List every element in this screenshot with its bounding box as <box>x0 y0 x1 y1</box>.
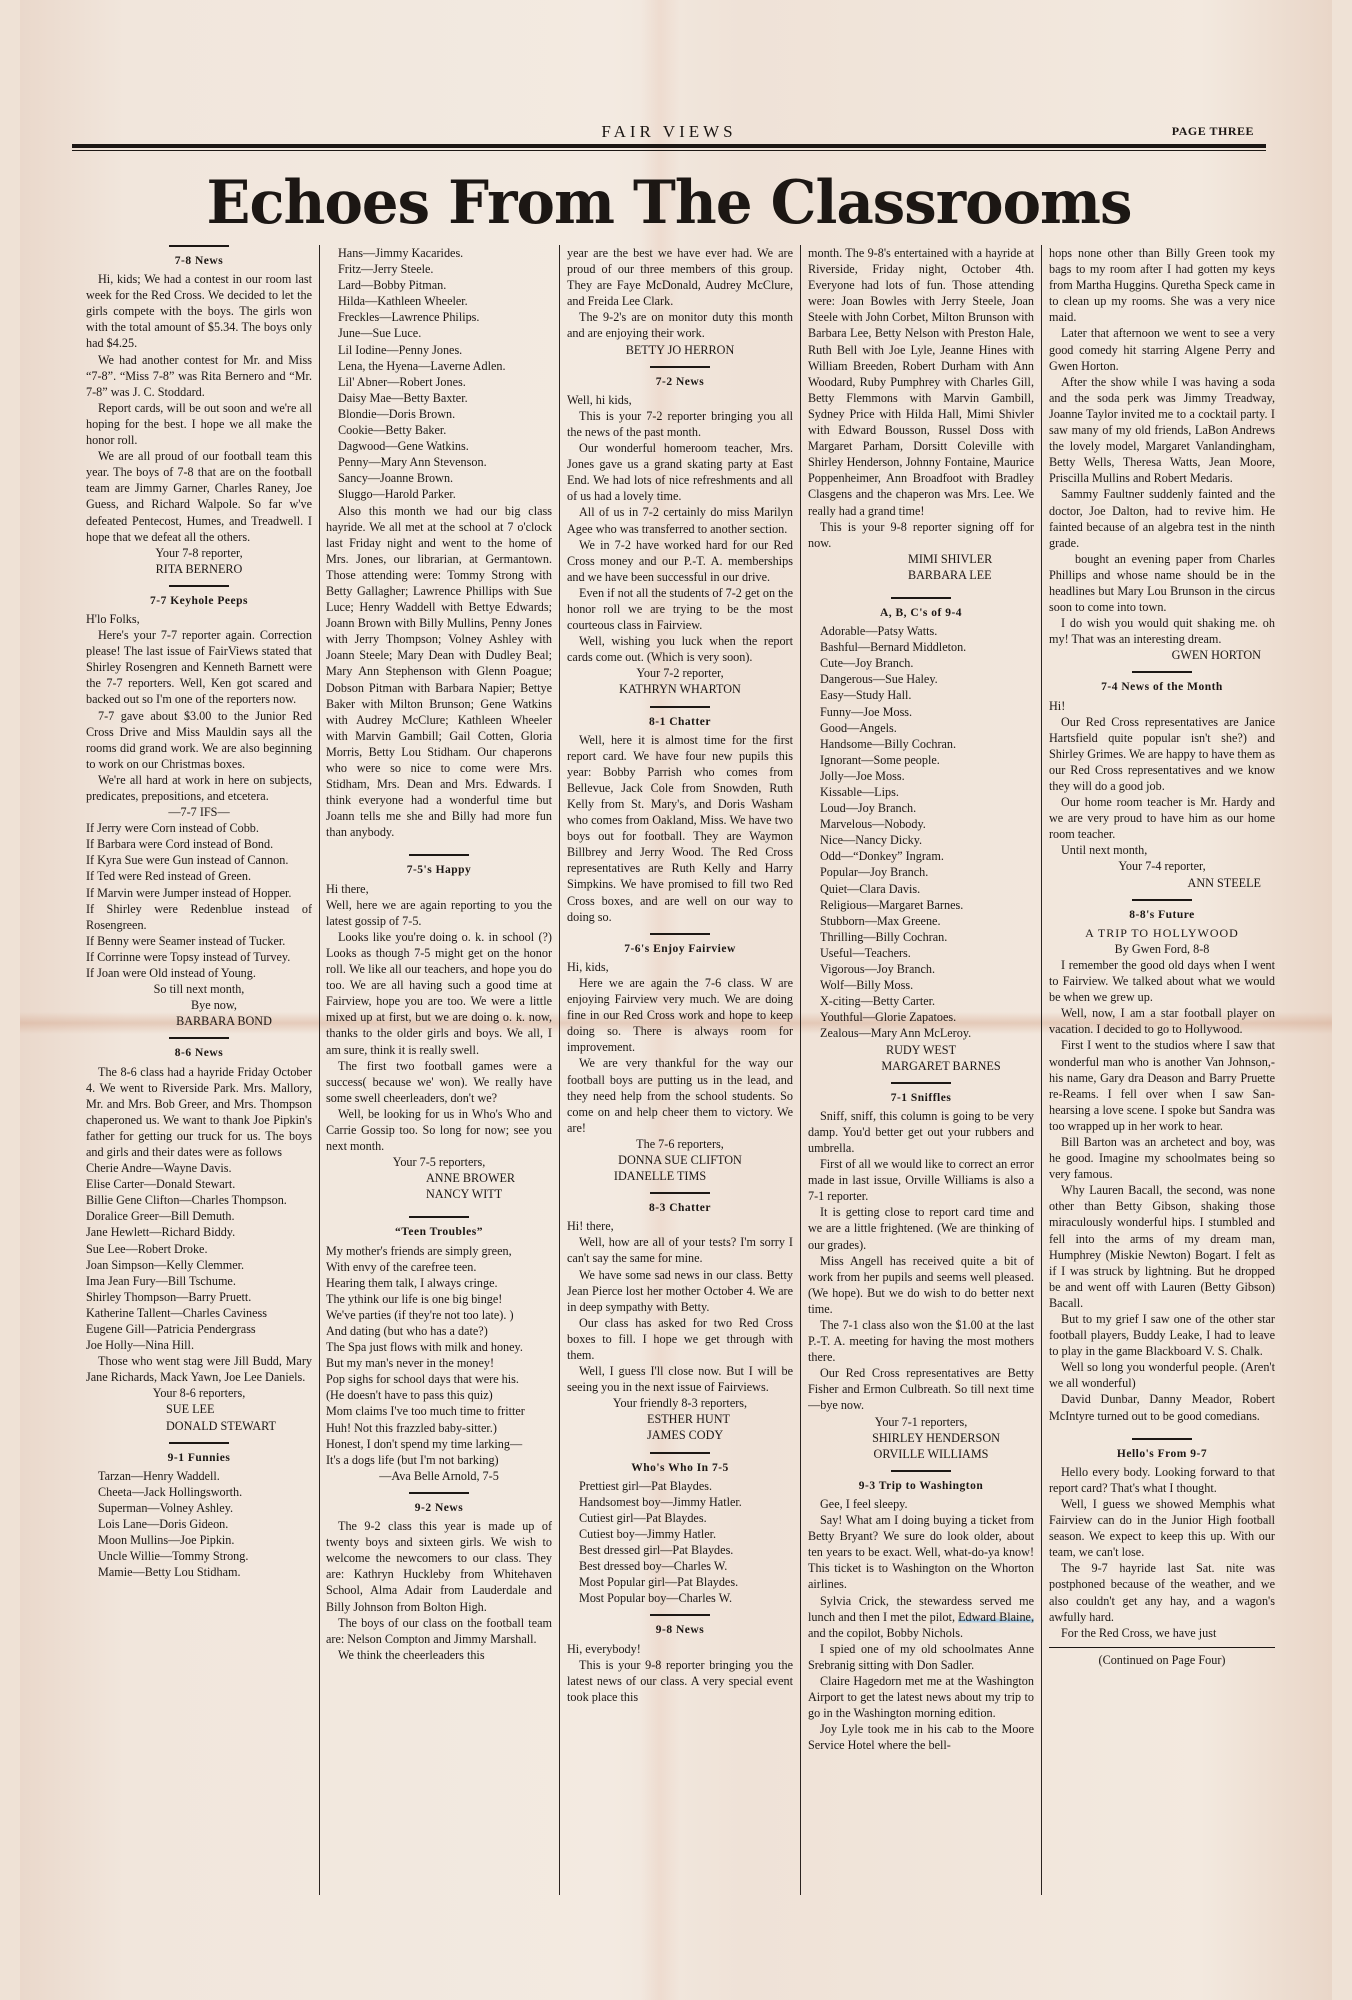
list-item: Wolf—Billy Moss. <box>808 977 1034 993</box>
paragraph: Sammy Faultner suddenly fainted and the … <box>1049 486 1275 550</box>
reporter-name: BARBARA BOND <box>86 1013 312 1029</box>
reporter-name: ANN STEELE <box>1049 875 1275 891</box>
paragraph: The 9-2 class this year is made up of tw… <box>326 1518 552 1615</box>
section-separator <box>650 706 710 708</box>
section-separator <box>1132 1438 1192 1440</box>
list-item: Elise Carter—Donald Stewart. <box>86 1176 312 1192</box>
list-item: Dangerous—Sue Haley. <box>808 671 1034 687</box>
section-title-7-6s-enjoy-fairview: 7-6's Enjoy Fairview <box>567 941 793 957</box>
reporter-name: JAMES CODY <box>567 1427 793 1443</box>
text-run: and the copilot, Bobby Nichols. <box>808 1626 963 1640</box>
list-item: Lard—Bobby Pitman. <box>326 277 552 293</box>
paragraph: Our Red Cross representatives are Betty … <box>808 1365 1034 1413</box>
paragraph: Even if not all the students of 7-2 get … <box>567 585 793 633</box>
signoff: Your friendly 8-3 reporters, <box>567 1395 793 1411</box>
list-item: Bashful—Bernard Middleton. <box>808 639 1034 655</box>
byline: By Gwen Ford, 8-8 <box>1049 941 1275 957</box>
reporter-name: SUE LEE <box>86 1401 312 1417</box>
list-item: The ythink our life is one big binge! <box>326 1291 552 1307</box>
list-item: Sancy—Joanne Brown. <box>326 470 552 486</box>
paragraph: Our class has asked for two Red Cross bo… <box>567 1315 793 1363</box>
masthead-rule <box>72 144 1266 148</box>
list-item: Huh! Not this frazzled baby-sitter.) <box>326 1420 552 1436</box>
newspaper-name: FAIR VIEWS <box>72 122 1266 142</box>
list-item: If Jerry were Corn instead of Cobb. <box>86 820 312 836</box>
list-item: Loud—Joy Branch. <box>808 800 1034 816</box>
paragraph: The boys of our class on the football te… <box>326 1615 552 1647</box>
subsection-title-ifs: —7-7 IFS— <box>86 804 312 820</box>
section-title-7-8-news: 7-8 News <box>86 253 312 269</box>
paragraph: Well so long you wonderful people. (Aren… <box>1049 1359 1275 1391</box>
list-item: Zealous—Mary Ann McLeroy. <box>808 1025 1034 1041</box>
paragraph: Well, here it is almost time for the fir… <box>567 732 793 925</box>
section-title-abcs-of-9-4: A, B, C's of 9-4 <box>808 605 1034 621</box>
list-item: If Benny were Seamer instead of Tucker. <box>86 933 312 949</box>
dates-list: Cherie Andre—Wayne Davis.Elise Carter—Do… <box>86 1160 312 1353</box>
continued-on-page-four: (Continued on Page Four) <box>1049 1647 1275 1668</box>
greeting: Hi! there, <box>567 1218 793 1234</box>
signoff: Your 7-8 reporter, <box>86 545 312 561</box>
paragraph: First I went to the studios where I saw … <box>1049 1037 1275 1134</box>
section-title-7-4-news-of-the-month: 7-4 News of the Month <box>1049 679 1275 695</box>
reporter-name: RUDY WEST <box>808 1042 1034 1058</box>
list-item: Eugene Gill—Patricia Pendergrass <box>86 1321 312 1337</box>
greeting: Well, hi kids, <box>567 392 793 408</box>
list-item: Ignorant—Some people. <box>808 752 1034 768</box>
list-item: Hans—Jimmy Kacarides. <box>326 245 552 261</box>
paragraph: We're all hard at work in here on subjec… <box>86 772 312 804</box>
list-item: With envy of the carefree teen. <box>326 1259 552 1275</box>
section-separator <box>169 245 229 247</box>
paragraph: Our wonderful homeroom teacher, Mrs. Jon… <box>567 440 793 504</box>
list-item: If Joan were Old instead of Young. <box>86 965 312 981</box>
paragraph: Miss Angell has received quite a bit of … <box>808 1253 1034 1317</box>
paragraph: Joy Lyle took me in his cab to the Moore… <box>808 1721 1034 1753</box>
paragraph: We are very thankful for the way our foo… <box>567 1055 793 1135</box>
section-separator <box>891 597 951 599</box>
section-title-hellos-from-9-7: Hello's From 9-7 <box>1049 1446 1275 1462</box>
list-item: Cutiest boy—Jimmy Hatler. <box>567 1526 793 1542</box>
paragraph: Our home room teacher is Mr. Hardy and w… <box>1049 794 1275 842</box>
list-item: X-citing—Betty Carter. <box>808 993 1034 1009</box>
list-item: Handsomest boy—Jimmy Hatler. <box>567 1494 793 1510</box>
section-separator <box>169 585 229 587</box>
reporter-name: IDANELLE TIMS <box>567 1168 793 1184</box>
paragraph: Those who went stag were Jill Budd, Mary… <box>86 1353 312 1385</box>
paragraph: Sniff, sniff, this column is going to be… <box>808 1108 1034 1156</box>
list-item: Easy—Study Hall. <box>808 687 1034 703</box>
reporter-name: KATHRYN WHARTON <box>567 681 793 697</box>
greeting: Hi, kids, <box>567 959 793 975</box>
column-divider <box>800 245 801 1895</box>
column-divider <box>319 245 320 1895</box>
reporter-name: NANCY WITT <box>326 1186 552 1202</box>
reporter-name: MARGARET BARNES <box>808 1058 1034 1074</box>
paragraph: The 9-2's are on monitor duty this month… <box>567 309 793 341</box>
section-separator <box>1132 671 1192 673</box>
list-item: Lois Lane—Doris Gideon. <box>86 1516 312 1532</box>
poem-author: —Ava Belle Arnold, 7-5 <box>326 1468 552 1484</box>
reporter-name: RITA BERNERO <box>86 561 312 577</box>
paragraph: The first two football games were a succ… <box>326 1058 552 1106</box>
list-item: If Marvin were Jumper instead of Hopper. <box>86 885 312 901</box>
signoff: Your 8-6 reporters, <box>86 1385 312 1401</box>
list-item: Cutiest girl—Pat Blaydes. <box>567 1510 793 1526</box>
paragraph: We have some sad news in our class. Bett… <box>567 1267 793 1315</box>
greeting: Hi, everybody! <box>567 1641 793 1657</box>
list-item: Lena, the Hyena—Laverne Adlen. <box>326 358 552 374</box>
reporter-name: GWEN HORTON <box>1049 647 1275 663</box>
poem-lines: My mother's friends are simply green,Wit… <box>326 1243 552 1468</box>
list-item: Honest, I don't spend my time larking— <box>326 1436 552 1452</box>
funnies-list: Tarzan—Henry Waddell.Cheeta—Jack Holling… <box>86 1468 312 1581</box>
list-item: Pop sighs for school days that were his. <box>326 1371 552 1387</box>
reporter-name: BETTY JO HERRON <box>567 342 793 358</box>
paragraph: hops none other than Billy Green took my… <box>1049 245 1275 325</box>
paragraph: Well, I guess I'll close now. But I will… <box>567 1363 793 1395</box>
list-item: Ima Jean Fury—Bill Tschume. <box>86 1273 312 1289</box>
reporter-name: DONNA SUE CLIFTON <box>567 1152 793 1168</box>
paragraph: Well, how are all of your tests? I'm sor… <box>567 1234 793 1266</box>
paragraph: Well, now, I am a star football player o… <box>1049 1005 1275 1037</box>
paragraph: This is your 9-8 reporter signing off fo… <box>808 519 1034 551</box>
paragraph: Say! What am I doing buying a ticket fro… <box>808 1512 1034 1592</box>
article-subtitle: A TRIP TO HOLLYWOOD <box>1049 925 1275 941</box>
list-item: If Barbara were Cord instead of Bond. <box>86 836 312 852</box>
section-title-9-2-news: 9-2 News <box>326 1500 552 1516</box>
list-item: Quiet—Clara Davis. <box>808 881 1034 897</box>
greeting: Hi! <box>1049 698 1275 714</box>
list-item: Penny—Mary Ann Stevenson. <box>326 454 552 470</box>
list-item: Cute—Joy Branch. <box>808 655 1034 671</box>
paragraph: The 8-6 class had a hayride Friday Octob… <box>86 1064 312 1161</box>
list-item: Hearing them talk, I always cringe. <box>326 1275 552 1291</box>
section-separator <box>409 854 469 856</box>
list-item: Joe Holly—Nina Hill. <box>86 1337 312 1353</box>
paragraph: month. The 9-8's entertained with a hayr… <box>808 245 1034 519</box>
section-title-7-2-news: 7-2 News <box>567 374 793 390</box>
section-title-8-6-news: 8-6 News <box>86 1045 312 1061</box>
section-title-8-3-chatter: 8-3 Chatter <box>567 1200 793 1216</box>
list-item: Most Popular boy—Charles W. <box>567 1590 793 1606</box>
reporter-name: ORVILLE WILLIAMS <box>808 1446 1034 1462</box>
paragraph: Claire Hagedorn met me at the Washington… <box>808 1673 1034 1721</box>
paragraph: bought an evening paper from Charles Phi… <box>1049 551 1275 615</box>
paragraph: This is your 9-8 reporter bringing you t… <box>567 1657 793 1705</box>
paragraph: For the Red Cross, we have just <box>1049 1625 1275 1641</box>
paragraph: Well, here we are again reporting to you… <box>326 897 552 929</box>
column-5: hops none other than Billy Green took my… <box>1049 245 1275 1900</box>
abc-list: Adorable—Patsy Watts.Bashful—Bernard Mid… <box>808 623 1034 1041</box>
list-item: Shirley Thompson—Barry Pruett. <box>86 1289 312 1305</box>
list-item: Tarzan—Henry Waddell. <box>86 1468 312 1484</box>
list-item: Katherine Tallent—Charles Caviness <box>86 1305 312 1321</box>
list-item: Cheeta—Jack Hollingsworth. <box>86 1484 312 1500</box>
paragraph: We had another contest for Mr. and Miss … <box>86 352 312 400</box>
paragraph: I do wish you would quit shaking me. oh … <box>1049 615 1275 647</box>
list-item: Adorable—Patsy Watts. <box>808 623 1034 639</box>
signoff: Your 7-4 reporter, <box>1049 858 1275 874</box>
list-item: Moon Mullins—Joe Pipkin. <box>86 1532 312 1548</box>
section-separator <box>650 1452 710 1454</box>
paragraph: I remember the good old days when I went… <box>1049 957 1275 1005</box>
list-item: Religious—Margaret Barnes. <box>808 897 1034 913</box>
paragraph: Here's your 7-7 reporter again. Correcti… <box>86 627 312 707</box>
reporter-name: ESTHER HUNT <box>567 1411 793 1427</box>
paragraph: Hello every body. Looking forward to tha… <box>1049 1464 1275 1496</box>
paragraph: David Dunbar, Danny Meador, Robert McInt… <box>1049 1391 1275 1423</box>
list-item: Popular—Joy Branch. <box>808 864 1034 880</box>
list-item: Youthful—Glorie Zapatoes. <box>808 1009 1034 1025</box>
list-item: Blondie—Doris Brown. <box>326 406 552 422</box>
list-item: Nice—Nancy Dicky. <box>808 832 1034 848</box>
list-item: If Shirley were Redenblue instead of Ros… <box>86 901 312 933</box>
section-title-8-1-chatter: 8-1 Chatter <box>567 714 793 730</box>
paragraph: Later that afternoon we went to see a ve… <box>1049 325 1275 373</box>
highlighted-name: Edward Blaine, <box>958 1610 1034 1624</box>
section-separator <box>650 1614 710 1616</box>
reporter-name: ANNE BROWER <box>326 1170 552 1186</box>
paragraph: Sylvia Crick, the stewardess served me l… <box>808 1593 1034 1641</box>
signoff: Bye now, <box>86 997 312 1013</box>
signoff: So till next month, <box>86 981 312 997</box>
paragraph: Gee, I feel sleepy. <box>808 1496 1034 1512</box>
reporter-name: SHIRLEY HENDERSON <box>808 1430 1034 1446</box>
paragraph: Also this month we had our big class hay… <box>326 503 552 841</box>
paragraph: After the show while I was having a soda… <box>1049 374 1275 487</box>
list-item: Best dressed boy—Charles W. <box>567 1558 793 1574</box>
section-separator <box>650 366 710 368</box>
list-item: Hilda—Kathleen Wheeler. <box>326 293 552 309</box>
column-divider <box>1041 245 1042 1895</box>
list-item: Prettiest girl—Pat Blaydes. <box>567 1478 793 1494</box>
section-title-9-1-funnies: 9-1 Funnies <box>86 1450 312 1466</box>
list-item: Superman—Volney Ashley. <box>86 1500 312 1516</box>
list-item: (He doesn't have to pass this quiz) <box>326 1387 552 1403</box>
section-separator <box>169 1037 229 1039</box>
list-item: Handsome—Billy Cochran. <box>808 736 1034 752</box>
list-item: The Spa just flows with milk and honey. <box>326 1339 552 1355</box>
list-item: Odd—“Donkey” Ingram. <box>808 848 1034 864</box>
reporter-name: DONALD STEWART <box>86 1418 312 1434</box>
paragraph: First of all we would like to correct an… <box>808 1156 1034 1204</box>
section-title-7-1-sniffles: 7-1 Sniffles <box>808 1090 1034 1106</box>
section-title-9-8-news: 9-8 News <box>567 1622 793 1638</box>
section-title-whos-who-7-5: Who's Who In 7-5 <box>567 1460 793 1476</box>
paragraph: Well, wishing you luck when the report c… <box>567 633 793 665</box>
ifs-list: If Jerry were Corn instead of Cobb.If Ba… <box>86 820 312 981</box>
list-item: Jolly—Joe Moss. <box>808 768 1034 784</box>
list-item: My mother's friends are simply green, <box>326 1243 552 1259</box>
list-item: Marvelous—Nobody. <box>808 816 1034 832</box>
list-item: Dagwood—Gene Watkins. <box>326 438 552 454</box>
section-title-8-8s-future: 8-8's Future <box>1049 907 1275 923</box>
paragraph: 7-7 gave about $3.00 to the Junior Red C… <box>86 708 312 772</box>
article-columns: 7-8 News Hi, kids; We had a contest in o… <box>86 245 1246 1905</box>
list-item: Mom claims I've too much time to fritter <box>326 1403 552 1419</box>
list-item: Freckles—Lawrence Philips. <box>326 309 552 325</box>
paragraph: Bill Barton was an archetect and boy, wa… <box>1049 1134 1275 1182</box>
column-1: 7-8 News Hi, kids; We had a contest in o… <box>86 245 312 1900</box>
paragraph: We think the cheerleaders this <box>326 1647 552 1663</box>
signoff: Your 7-1 reporters, <box>808 1414 1034 1430</box>
reporter-name: BARBARA LEE <box>808 567 1034 583</box>
section-title-7-5s-happy: 7-5's Happy <box>326 862 552 878</box>
reporter-name: MIMI SHIVLER <box>808 551 1034 567</box>
list-item: It's a dogs life (but I'm not barking) <box>326 1452 552 1468</box>
list-item: Joan Simpson—Kelly Clemmer. <box>86 1257 312 1273</box>
paragraph: Why Lauren Bacall, the second, was none … <box>1049 1182 1275 1311</box>
section-separator <box>891 1470 951 1472</box>
section-separator <box>169 1442 229 1444</box>
list-item: Lil' Abner—Robert Jones. <box>326 374 552 390</box>
paragraph: Until next month, <box>1049 842 1275 858</box>
list-item: But my man's never in the money! <box>326 1355 552 1371</box>
section-title-7-7-keyhole-peeps: 7-7 Keyhole Peeps <box>86 593 312 609</box>
section-title-9-3-trip-to-washington: 9-3 Trip to Washington <box>808 1478 1034 1494</box>
paragraph: I spied one of my old schoolmates Anne S… <box>808 1641 1034 1673</box>
list-item: Jane Hewlett—Richard Biddy. <box>86 1224 312 1240</box>
masthead-rule-thin <box>72 150 1266 151</box>
column-divider <box>559 245 560 1895</box>
funnies-list-continued: Hans—Jimmy Kacarides.Fritz—Jerry Steele.… <box>326 245 552 503</box>
paragraph: Report cards, will be out soon and we're… <box>86 400 312 448</box>
list-item: Billie Gene Clifton—Charles Thompson. <box>86 1192 312 1208</box>
section-separator <box>1132 899 1192 901</box>
list-item: Sue Lee—Robert Droke. <box>86 1241 312 1257</box>
paragraph: Well, I guess we showed Memphis what Fai… <box>1049 1496 1275 1560</box>
list-item: Daisy Mae—Betty Baxter. <box>326 390 552 406</box>
list-item: Kissable—Lips. <box>808 784 1034 800</box>
list-item: Doralice Greer—Bill Demuth. <box>86 1208 312 1224</box>
section-separator <box>650 1192 710 1194</box>
list-item: Fritz—Jerry Steele. <box>326 261 552 277</box>
greeting: Hi there, <box>326 881 552 897</box>
paragraph: The 9-7 hayride last Sat. nite was postp… <box>1049 1560 1275 1624</box>
paragraph: Here we are again the 7-6 class. W are e… <box>567 975 793 1055</box>
section-separator <box>650 933 710 935</box>
paragraph: But to my grief I saw one of the other s… <box>1049 1311 1275 1359</box>
page-headline: Echoes From The Classrooms <box>96 168 1242 238</box>
list-item: Lil Iodine—Penny Jones. <box>326 342 552 358</box>
list-item: Cherie Andre—Wayne Davis. <box>86 1160 312 1176</box>
paragraph: Our Red Cross representatives are Janice… <box>1049 714 1275 794</box>
greeting: H'lo Folks, <box>86 611 312 627</box>
column-4: month. The 9-8's entertained with a hayr… <box>808 245 1034 1900</box>
column-3: year are the best we have ever had. We a… <box>567 245 793 1900</box>
list-item: Funny—Joe Moss. <box>808 704 1034 720</box>
list-item: Stubborn—Max Greene. <box>808 913 1034 929</box>
list-item: And dating (but who has a date?) <box>326 1323 552 1339</box>
page-number: PAGE THREE <box>1172 124 1254 139</box>
paragraph: Looks like you're doing o. k. in school … <box>326 929 552 1058</box>
column-2: Hans—Jimmy Kacarides.Fritz—Jerry Steele.… <box>326 245 552 1900</box>
paragraph: This is your 7-2 reporter bringing you a… <box>567 408 793 440</box>
list-item: Vigorous—Joy Branch. <box>808 961 1034 977</box>
poem-title-teen-troubles: “Teen Troubles” <box>326 1224 552 1240</box>
signoff: Your 7-2 reporter, <box>567 665 793 681</box>
paragraph: Hi, kids; We had a contest in our room l… <box>86 271 312 351</box>
list-item: Sluggo—Harold Parker. <box>326 486 552 502</box>
paragraph: We are all proud of our football team th… <box>86 448 312 545</box>
paragraph: Well, be looking for us in Who's Who and… <box>326 1106 552 1154</box>
paragraph: year are the best we have ever had. We a… <box>567 245 793 309</box>
paragraph: It is getting close to report card time … <box>808 1204 1034 1252</box>
list-item: June—Sue Luce. <box>326 325 552 341</box>
whos-who-list: Prettiest girl—Pat Blaydes.Handsomest bo… <box>567 1478 793 1607</box>
section-separator <box>409 1216 469 1218</box>
list-item: Good—Angels. <box>808 720 1034 736</box>
signoff: Your 7-5 reporters, <box>326 1154 552 1170</box>
list-item: Best dressed girl—Pat Blaydes. <box>567 1542 793 1558</box>
list-item: Uncle Willie—Tommy Strong. <box>86 1548 312 1564</box>
section-separator <box>891 1082 951 1084</box>
list-item: We've parties (if they're not too late).… <box>326 1307 552 1323</box>
list-item: Cookie—Betty Baker. <box>326 422 552 438</box>
list-item: Thrilling—Billy Cochran. <box>808 929 1034 945</box>
paragraph: We in 7-2 have worked hard for our Red C… <box>567 537 793 585</box>
paragraph: All of us in 7-2 certainly do miss Maril… <box>567 504 793 536</box>
list-item: If Kyra Sue were Gun instead of Cannon. <box>86 852 312 868</box>
list-item: If Ted were Red instead of Green. <box>86 868 312 884</box>
list-item: If Corrinne were Topsy instead of Turvey… <box>86 949 312 965</box>
list-item: Mamie—Betty Lou Stidham. <box>86 1564 312 1580</box>
list-item: Most Popular girl—Pat Blaydes. <box>567 1574 793 1590</box>
list-item: Useful—Teachers. <box>808 945 1034 961</box>
signoff: The 7-6 reporters, <box>567 1136 793 1152</box>
paragraph: The 7-1 class also won the $1.00 at the … <box>808 1317 1034 1365</box>
section-separator <box>409 1492 469 1494</box>
